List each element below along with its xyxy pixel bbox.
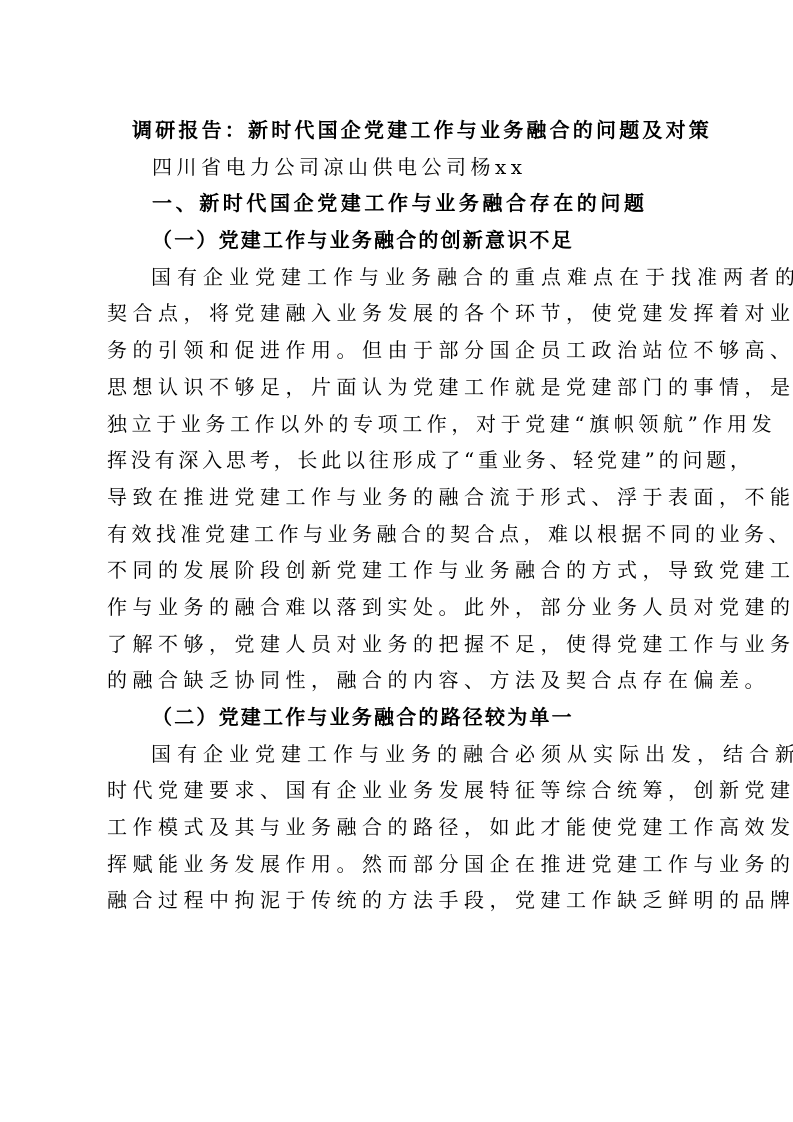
paragraph-line: 不同的发展阶段创新党建工作与业务融合的方式，导致党建工 bbox=[107, 552, 689, 589]
paragraph-2: 国有企业党建工作与业务的融合必须从实际出发，结合新 时代党建要求、国有企业业务发… bbox=[107, 736, 689, 919]
document-title: 调研报告：新时代国企党建工作与业务融合的问题及对策 bbox=[107, 112, 689, 149]
paragraph-line: 思想认识不够足，片面认为党建工作就是党建部门的事情，是 bbox=[107, 369, 689, 406]
subsection-heading-2: （二）党建工作与业务融合的路径较为单一 bbox=[107, 699, 689, 736]
section-heading: 一、新时代国企党建工作与业务融合存在的问题 bbox=[107, 185, 689, 222]
paragraph-line: 挥没有深入思考，长此以往形成了“重业务、轻党建”的问题， bbox=[107, 442, 689, 479]
paragraph-line: 国有企业党建工作与业务融合的重点难点在于找准两者的 bbox=[107, 259, 689, 296]
document-author: 四川省电力公司凉山供电公司杨xx bbox=[107, 149, 689, 186]
paragraph-line: 独立于业务工作以外的专项工作，对于党建“旗帜领航”作用发 bbox=[107, 406, 689, 443]
paragraph-line: 挥赋能业务发展作用。然而部分国企在推进党建工作与业务的 bbox=[107, 846, 689, 883]
paragraph-line: 时代党建要求、国有企业业务发展特征等综合统筹，创新党建 bbox=[107, 772, 689, 809]
paragraph-line: 工作模式及其与业务融合的路径，如此才能使党建工作高效发 bbox=[107, 809, 689, 846]
paragraph-line: 契合点，将党建融入业务发展的各个环节，使党建发挥着对业 bbox=[107, 295, 689, 332]
paragraph-line: 融合过程中拘泥于传统的方法手段，党建工作缺乏鲜明的品牌 bbox=[107, 882, 689, 919]
paragraph-line: 作与业务的融合难以落到实处。此外，部分业务人员对党建的 bbox=[107, 589, 689, 626]
paragraph-line: 了解不够，党建人员对业务的把握不足，使得党建工作与业务 bbox=[107, 626, 689, 663]
paragraph-line: 导致在推进党建工作与业务的融合流于形式、浮于表面，不能 bbox=[107, 479, 689, 516]
paragraph-line: 的融合缺乏协同性，融合的内容、方法及契合点存在偏差。 bbox=[107, 662, 689, 699]
paragraph-1: 国有企业党建工作与业务融合的重点难点在于找准两者的 契合点，将党建融入业务发展的… bbox=[107, 259, 689, 699]
paragraph-line: 有效找准党建工作与业务融合的契合点，难以根据不同的业务、 bbox=[107, 516, 689, 553]
paragraph-line: 国有企业党建工作与业务的融合必须从实际出发，结合新 bbox=[107, 736, 689, 773]
subsection-heading-1: （一）党建工作与业务融合的创新意识不足 bbox=[107, 222, 689, 259]
document-page: 调研报告：新时代国企党建工作与业务融合的问题及对策 四川省电力公司凉山供电公司杨… bbox=[107, 112, 689, 919]
paragraph-line: 务的引领和促进作用。但由于部分国企员工政治站位不够高、 bbox=[107, 332, 689, 369]
